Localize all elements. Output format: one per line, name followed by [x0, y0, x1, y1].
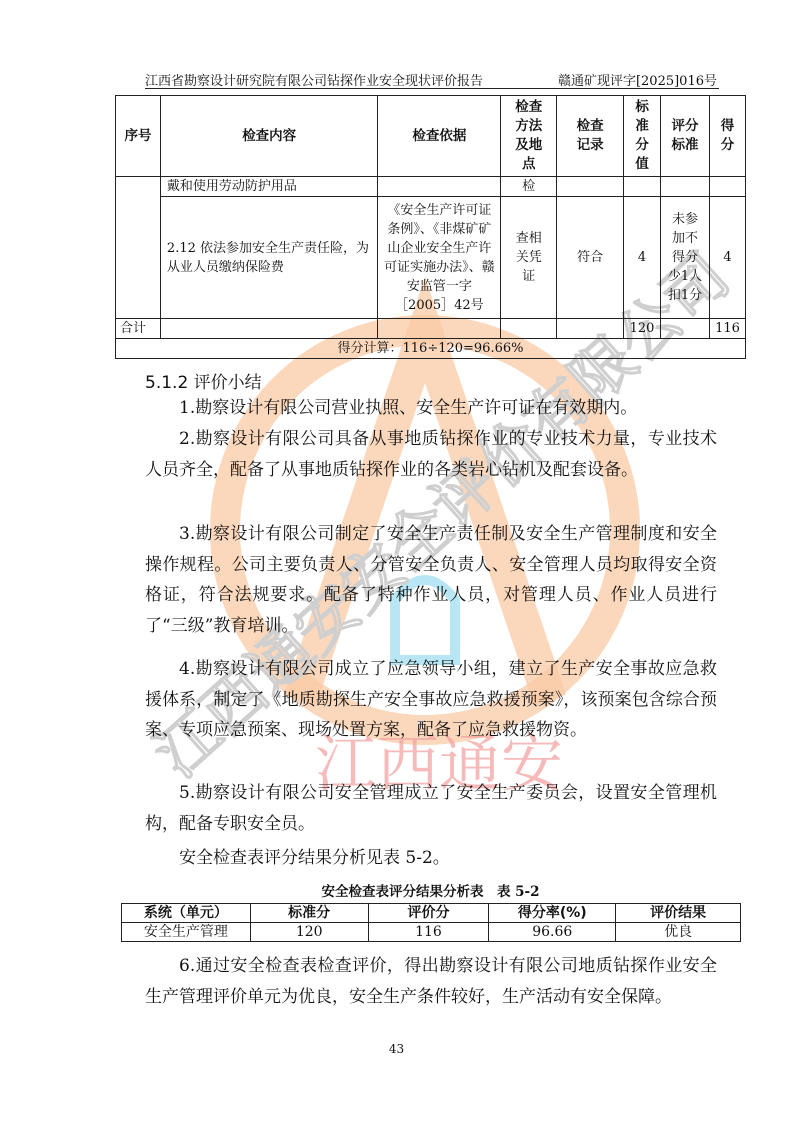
paragraph-conclusion: 6.通过安全检查表检查评价，得出勘察设计有限公司地质钻探作业安全生产管理评价单元… — [145, 951, 717, 1012]
paragraph-table-ref: 安全检查表评分结果分析见表 5-2。 — [145, 843, 717, 874]
cell-rate: 96.66 — [489, 923, 616, 942]
score-calculation: 得分计算：116÷120=96.66% — [116, 339, 746, 359]
table-row: 安全生产管理 120 116 96.66 优良 — [122, 923, 741, 942]
paragraph-5: 5.勘察设计有限公司安全管理成立了安全生产委员会，设置安全管理机构，配备专职安全… — [145, 778, 717, 839]
col-header-standard: 标 准 分 值 — [624, 96, 661, 177]
paragraph-3: 3.勘察设计有限公司制定了安全生产责任制及安全生产管理制度和安全操作规程。公司主… — [145, 519, 717, 641]
col-header-unit: 系统（单元） — [122, 904, 251, 923]
col-header-no: 序号 — [116, 96, 161, 177]
cell-record: 符合 — [557, 197, 624, 319]
result-table-caption: 安全检查表评分结果分析表 表 5-2 — [115, 880, 746, 900]
cell-score: 4 — [709, 197, 745, 319]
document-number: 赣通矿现评字[2025]016号 — [558, 70, 717, 89]
result-analysis-table: 系统（单元） 标准分 评价分 得分率(%) 评价结果 安全生产管理 120 11… — [121, 903, 741, 942]
cell-criteria: 未参加不得分少1人扣1分 — [661, 197, 710, 319]
safety-check-table: 序号 检查内容 检查依据 检查 方法 及地 点 检查 记录 标 准 分 值 评分… — [115, 95, 746, 359]
cell-content: 戴和使用劳动防护用品 — [160, 177, 378, 197]
cell-evaluation-score: 116 — [368, 923, 489, 942]
col-header-record: 检查 记录 — [557, 96, 624, 177]
col-header-evaluation-score: 评价分 — [368, 904, 489, 923]
paragraph-1: 1.勘察设计有限公司营业执照、安全生产许可证在有效期内。 — [145, 393, 717, 424]
table-row: 戴和使用劳动防护用品 检 — [116, 177, 746, 197]
cell-standard — [624, 177, 661, 197]
total-label: 合计 — [116, 319, 161, 339]
paragraph-4: 4.勘察设计有限公司成立了应急领导小组，建立了生产安全事故应急救援体系，制定了《… — [145, 654, 717, 746]
cell-method: 检 — [501, 177, 557, 197]
page-number: 43 — [0, 1042, 793, 1056]
cell-no — [116, 177, 161, 319]
col-header-basis: 检查依据 — [378, 96, 501, 177]
cell-basis — [378, 177, 501, 197]
total-score: 116 — [709, 319, 745, 339]
result-table-header: 系统（单元） 标准分 评价分 得分率(%) 评价结果 — [122, 904, 741, 923]
col-header-criteria: 评分 标准 — [661, 96, 710, 177]
col-header-result: 评价结果 — [616, 904, 741, 923]
cell-result: 优良 — [616, 923, 741, 942]
cell-record — [557, 177, 624, 197]
cell-score — [709, 177, 745, 197]
total-standard: 120 — [624, 319, 661, 339]
section-title: 5.1.2 评价小结 — [145, 368, 262, 393]
total-row: 合计 120 116 — [116, 319, 746, 339]
cell-method: 查相关凭证 — [501, 197, 557, 319]
cell-content: 2.12 依法参加安全生产责任险，为从业人员缴纳保险费 — [160, 197, 378, 319]
cell-standard: 4 — [624, 197, 661, 319]
col-header-content: 检查内容 — [160, 96, 378, 177]
col-header-standard-score: 标准分 — [250, 904, 368, 923]
page-header: 江西省勘察设计研究院有限公司钻探作业安全现状评价报告 赣通矿现评字[2025]0… — [145, 68, 719, 89]
col-header-score: 得 分 — [709, 96, 745, 177]
paragraph-2: 2.勘察设计有限公司具备从事地质钻探作业的专业技术力量，专业技术人员齐全，配备了… — [145, 424, 717, 485]
cell-standard-score: 120 — [250, 923, 368, 942]
report-title: 江西省勘察设计研究院有限公司钻探作业安全现状评价报告 — [145, 70, 483, 89]
col-header-method: 检查 方法 及地 点 — [501, 96, 557, 177]
cell-criteria — [661, 177, 710, 197]
col-header-rate: 得分率(%) — [489, 904, 616, 923]
cell-basis: 《安全生产许可证条例》、《非煤矿矿山企业安全生产许可证实施办法》、赣安监管一字［… — [378, 197, 501, 319]
cell-unit: 安全生产管理 — [122, 923, 251, 942]
table-row: 2.12 依法参加安全生产责任险，为从业人员缴纳保险费 《安全生产许可证条例》、… — [116, 197, 746, 319]
calculation-row: 得分计算：116÷120=96.66% — [116, 339, 746, 359]
table-header-row: 序号 检查内容 检查依据 检查 方法 及地 点 检查 记录 标 准 分 值 评分… — [116, 96, 746, 177]
